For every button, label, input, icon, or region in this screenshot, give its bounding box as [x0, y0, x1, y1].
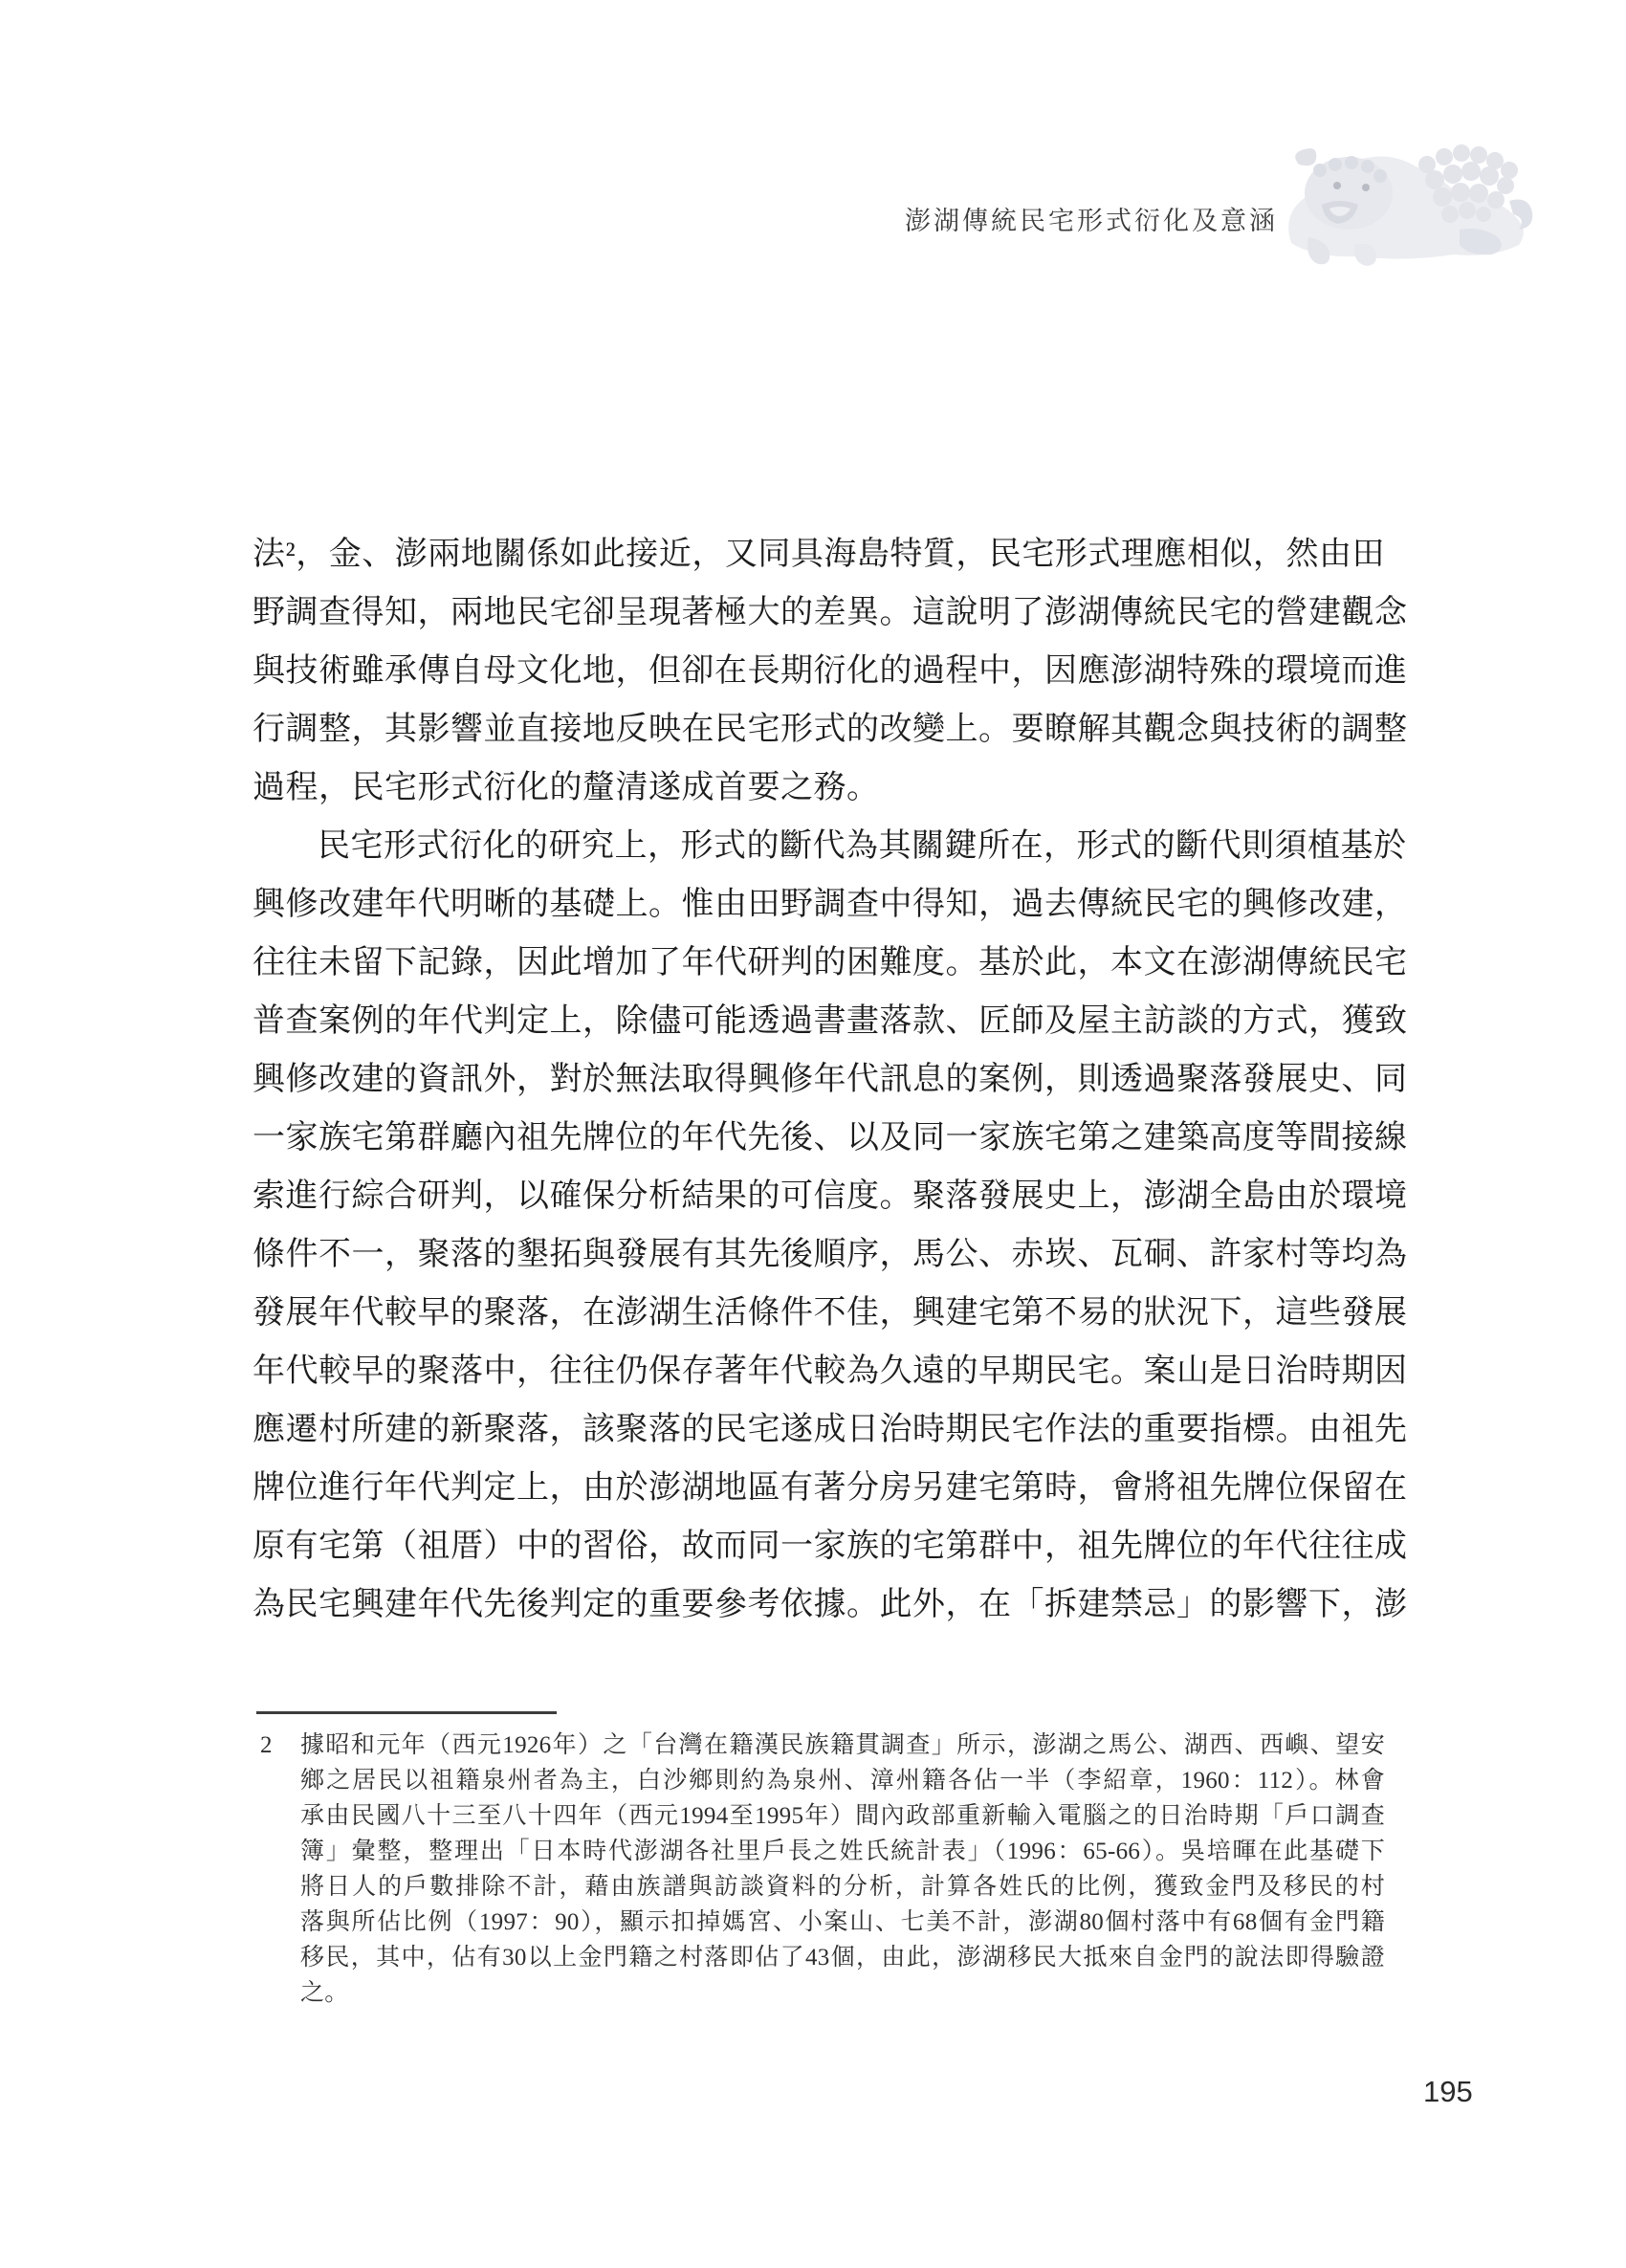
- footnote-number: 2: [260, 1728, 273, 1763]
- body-line: 應遷村所建的新聚落，該聚落的民宅遂成日治時期民宅作法的重要指標。由祖先: [253, 1400, 1385, 1459]
- footnote-line: 將日人的戶數排除不計，藉由族譜與訪談資料的分析，計算各姓氏的比例，獲致金門及移民…: [300, 1869, 1385, 1905]
- body-line: 原有宅第（祖厝）中的習俗，故而同一家族的宅第群中，祖先牌位的年代往往成: [253, 1517, 1385, 1575]
- body-line: 索進行綜合研判，以確保分析結果的可信度。聚落發展史上，澎湖全島由於環境: [253, 1167, 1385, 1225]
- body-line: 興修改建的資訊外，對於無法取得興修年代訊息的案例，則透過聚落發展史、同: [253, 1050, 1385, 1109]
- body-line: 一家族宅第群廳內祖先牌位的年代先後、以及同一家族宅第之建築高度等間接線: [253, 1109, 1385, 1167]
- body-line: 與技術雖承傳自母文化地，但卻在長期衍化的過程中，因應澎湖特殊的環境而進: [253, 642, 1385, 700]
- page-number: 195: [1423, 2074, 1473, 2110]
- footnote-line: 移民，其中，佔有30以上金門籍之村落即佔了43個，由此，澎湖移民大抵來自金門的說…: [300, 1940, 1385, 1975]
- footnote-line: 承由民國八十三至八十四年（西元1994至1995年）間內政部重新輸入電腦之的日治…: [300, 1798, 1385, 1834]
- running-head-title: 澎湖傳統民宅形式衍化及意涵: [905, 204, 1268, 238]
- scanned-book-page: 澎湖傳統民宅形式衍化及意涵: [0, 0, 1626, 2268]
- body-line: 牌位進行年代判定上，由於澎湖地區有著分房另建宅第時，會將祖先牌位保留在: [253, 1459, 1385, 1517]
- body-line: 為民宅興建年代先後判定的重要參考依據。此外，在「拆建禁忌」的影響下，澎: [253, 1575, 1385, 1634]
- body-line: 民宅形式衍化的研究上，形式的斷代為其關鍵所在，形式的斷代則須植基於: [253, 817, 1385, 875]
- body-line: 過程，民宅形式衍化的釐清遂成首要之務。: [253, 759, 1385, 817]
- footnote-separator: [256, 1711, 557, 1714]
- body-line: 年代較早的聚落中，往往仍保存著年代較為久遠的早期民宅。案山是日治時期因: [253, 1342, 1385, 1400]
- body-line: 往往未留下記錄，因此增加了年代研判的困難度。基於此，本文在澎湖傳統民宅: [253, 934, 1385, 992]
- stone-lion-icon: [1263, 138, 1538, 277]
- body-line: 發展年代較早的聚落，在澎湖生活條件不佳，興建宅第不易的狀況下，這些發展: [253, 1284, 1385, 1342]
- body-line: 法²，金、澎兩地關係如此接近，又同具海島特質，民宅形式理應相似，然由田: [253, 525, 1385, 584]
- footnote-line: 落與所佔比例（1997：90），顯示扣掉媽宮、小案山、七美不計，澎湖80個村落中…: [300, 1905, 1385, 1940]
- footnote-line: 簿」彙整，整理出「日本時代澎湖各社里戶長之姓氏統計表」（1996：65-66）。…: [300, 1834, 1385, 1869]
- body-line: 普查案例的年代判定上，除儘可能透過書畫落款、匠師及屋主訪談的方式，獲致: [253, 992, 1385, 1050]
- body-line: 條件不一，聚落的墾拓與發展有其先後順序，馬公、赤崁、瓦硐、許家村等均為: [253, 1225, 1385, 1284]
- body-line: 興修改建年代明晰的基礎上。惟由田野調查中得知，過去傳統民宅的興修改建，: [253, 875, 1385, 934]
- footnote-line: 之。: [300, 1975, 1385, 2011]
- footnote-line: 據昭和元年（西元1926年）之「台灣在籍漢民族籍貫調查」所示，澎湖之馬公、湖西、…: [300, 1728, 1385, 1763]
- main-text-block: 法²，金、澎兩地關係如此接近，又同具海島特質，民宅形式理應相似，然由田 野調查得…: [253, 525, 1385, 1634]
- footnote-line: 鄉之居民以祖籍泉州者為主，白沙鄉則約為泉州、漳州籍各佔一半（李紹章，1960：1…: [300, 1763, 1385, 1798]
- body-line: 野調查得知，兩地民宅卻呈現著極大的差異。這說明了澎湖傳統民宅的營建觀念: [253, 584, 1385, 642]
- footnote-block: 2 據昭和元年（西元1926年）之「台灣在籍漢民族籍貫調查」所示，澎湖之馬公、湖…: [260, 1728, 1385, 2011]
- body-line: 行調整，其影響並直接地反映在民宅形式的改變上。要瞭解其觀念與技術的調整: [253, 700, 1385, 759]
